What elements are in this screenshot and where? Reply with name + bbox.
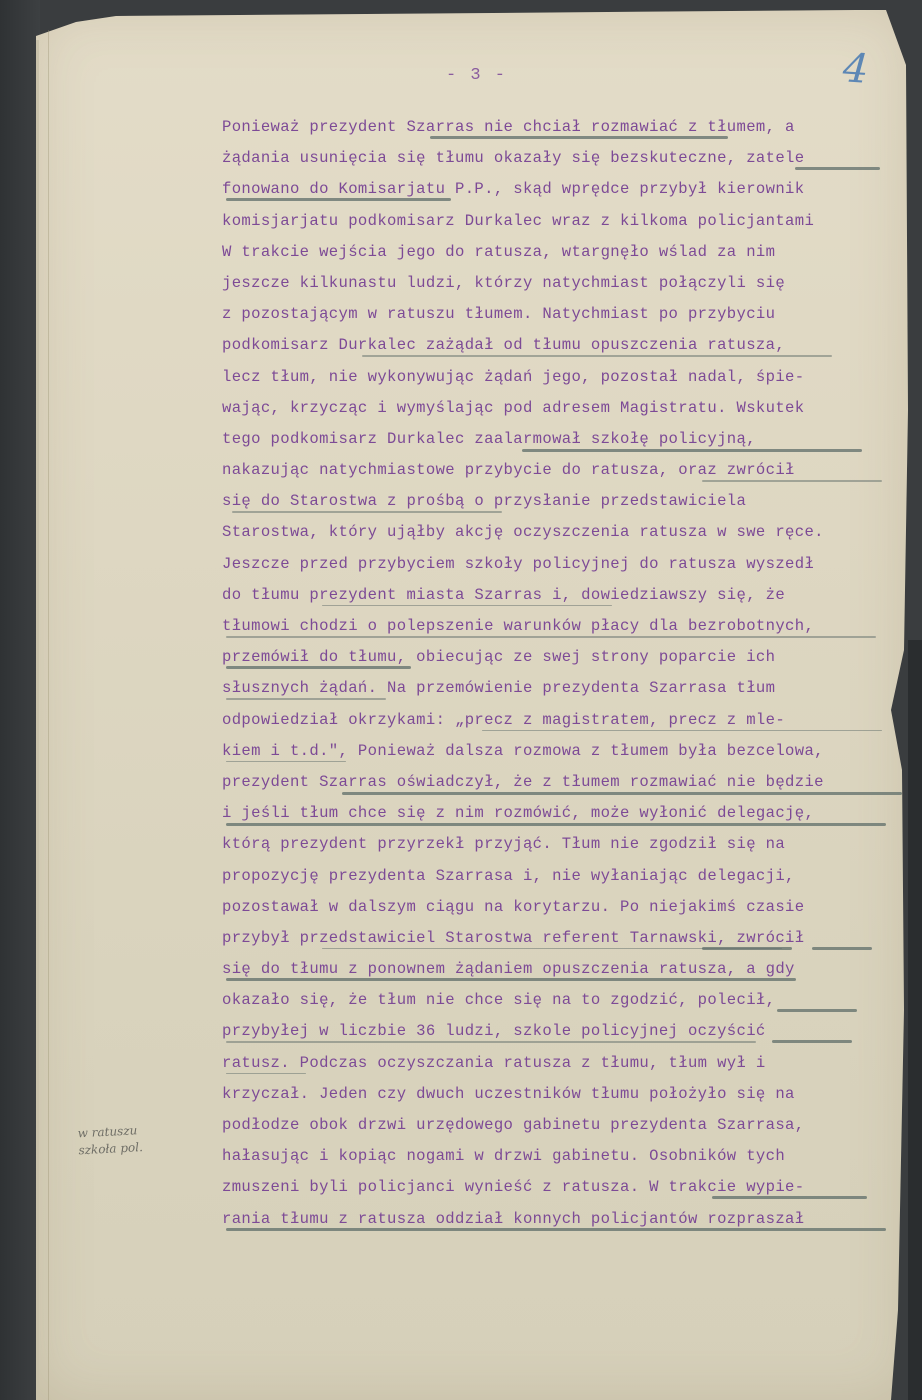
text-line: którą prezydent przyrzekł przyjąć. Tłum … bbox=[222, 829, 902, 860]
text-line: ratusz. Podczas oczyszczania ratusza z t… bbox=[222, 1048, 902, 1079]
text-line: i jeśli tłum chce się z nim rozmówić, mo… bbox=[222, 798, 902, 829]
fold-line bbox=[48, 30, 49, 1400]
text-line: zmuszeni byli policjanci wynieść z ratus… bbox=[222, 1172, 902, 1203]
page-number: - 3 - bbox=[446, 66, 507, 85]
text-line: kiem i t.d.", Ponieważ dalsza rozmowa z … bbox=[222, 736, 902, 767]
handwritten-margin-note: w ratuszu szkoła pol. bbox=[77, 1119, 209, 1160]
text-line: przemówił do tłumu, obiecując ze swej st… bbox=[222, 642, 902, 673]
text-line: krzyczał. Jeden czy dwuch uczestników tł… bbox=[222, 1079, 902, 1110]
text-line: przybyłej w liczbie 36 ludzi, szkole pol… bbox=[222, 1016, 902, 1047]
text-line: pozostawał w dalszym ciągu na korytarzu.… bbox=[222, 892, 902, 923]
text-line: tego podkomisarz Durkalec zaalarmował sz… bbox=[222, 424, 902, 455]
text-line: okazało się, że tłum nie chce się na to … bbox=[222, 985, 902, 1016]
text-line: podłodze obok drzwi urzędowego gabinetu … bbox=[222, 1110, 902, 1141]
paper-edge bbox=[36, 40, 39, 1400]
text-line: Ponieważ prezydent Szarras nie chciał ro… bbox=[222, 112, 902, 143]
archive-folio-number: 4 bbox=[841, 45, 870, 93]
text-line: Starostwa, który ująłby akcję oczyszczen… bbox=[222, 517, 902, 548]
text-line: nakazując natychmiastowe przybycie do ra… bbox=[222, 455, 902, 486]
text-line: rania tłumu z ratusza oddział konnych po… bbox=[222, 1204, 902, 1235]
text-line: komisjarjatu podkomisarz Durkalec wraz z… bbox=[222, 206, 902, 237]
text-line: wając, krzycząc i wymyślając pod adresem… bbox=[222, 393, 902, 424]
text-line: hałasując i kopiąc nogami w drzwi gabine… bbox=[222, 1141, 902, 1172]
scan-background bbox=[0, 0, 40, 1400]
text-line: podkomisarz Durkalec zażądał od tłumu op… bbox=[222, 330, 902, 361]
text-line: słusznych żądań. Na przemówienie prezyde… bbox=[222, 673, 902, 704]
text-line: jeszcze kilkunastu ludzi, którzy natychm… bbox=[222, 268, 902, 299]
text-line: propozycję prezydenta Szarrasa i, nie wy… bbox=[222, 861, 902, 892]
text-line: tłumowi chodzi o polepszenie warunków pł… bbox=[222, 611, 902, 642]
text-line: fonowano do Komisarjatu P.P., skąd wpręd… bbox=[222, 174, 902, 205]
scan-background-right bbox=[908, 640, 922, 1400]
text-line: Jeszcze przed przybyciem szkoły policyjn… bbox=[222, 549, 902, 580]
text-line: z pozostającym w ratuszu tłumem. Natychm… bbox=[222, 299, 902, 330]
text-line: lecz tłum, nie wykonywując żądań jego, p… bbox=[222, 362, 902, 393]
text-line: W trakcie wejścia jego do ratusza, wtarg… bbox=[222, 237, 902, 268]
text-line: odpowiedział okrzykami: „precz z magistr… bbox=[222, 705, 902, 736]
text-line: się do Starostwa z prośbą o przysłanie p… bbox=[222, 486, 902, 517]
text-line: się do tłumu z ponownem żądaniem opuszcz… bbox=[222, 954, 902, 985]
text-line: żądania usunięcia się tłumu okazały się … bbox=[222, 143, 902, 174]
text-line: prezydent Szarras oświadczył, że z tłume… bbox=[222, 767, 902, 798]
text-line: przybył przedstawiciel Starostwa referen… bbox=[222, 923, 902, 954]
text-line: do tłumu prezydent miasta Szarras i, dow… bbox=[222, 580, 902, 611]
typewritten-body: Ponieważ prezydent Szarras nie chciał ro… bbox=[222, 112, 902, 1235]
